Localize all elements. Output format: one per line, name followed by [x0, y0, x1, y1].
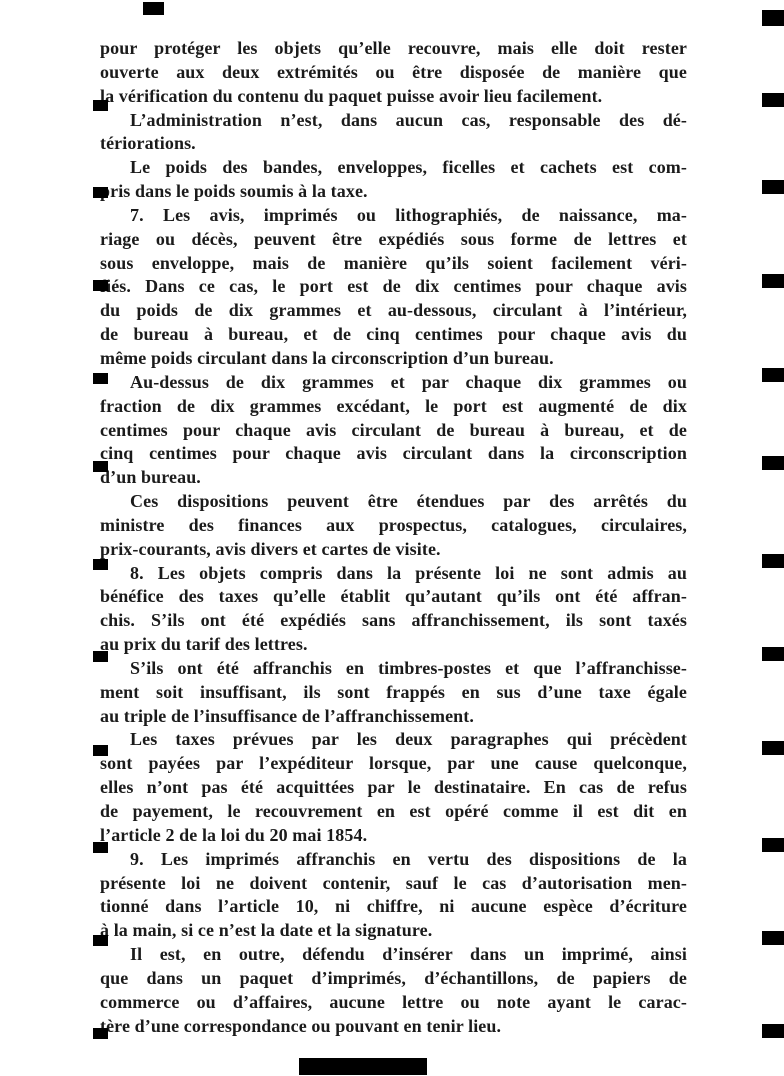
text-line: sous enveloppe, mais de manière qu’ils s…	[100, 252, 687, 276]
text-line: à la main, si ce n’est la date et la sig…	[100, 919, 687, 943]
text-line: S’ils ont été affranchis en timbres-post…	[100, 657, 687, 681]
text-line: l’article 2 de la loi du 20 mai 1854.	[100, 824, 687, 848]
text-line: 9. Les imprimés affranchis en vertu des …	[100, 848, 687, 872]
text-line: chis. S’ils ont été expédiés sans affran…	[100, 609, 687, 633]
text-line: fiés. Dans ce cas, le port est de dix ce…	[100, 275, 687, 299]
text-column: pour protéger les objets qu’elle recouvr…	[100, 37, 687, 1038]
text-line: ment soit insuffisant, ils sont frappés …	[100, 681, 687, 705]
text-line: tériorations.	[100, 132, 687, 156]
text-line: tionné dans l’article 10, ni chiffre, ni…	[100, 895, 687, 919]
scan-mark-right	[762, 554, 784, 568]
text-line: tère d’une correspondance ou pouvant en …	[100, 1015, 687, 1039]
scan-mark-right	[762, 1024, 784, 1038]
text-line: Les taxes prévues par les deux paragraph…	[100, 728, 687, 752]
scan-mark-left	[93, 559, 108, 570]
scan-mark-left	[93, 842, 108, 853]
text-line: elles n’ont pas été acquittées par le de…	[100, 776, 687, 800]
text-line: sont payées par l’expéditeur lorsque, pa…	[100, 752, 687, 776]
text-line: même poids circulant dans la circonscrip…	[100, 347, 687, 371]
scan-mark-left	[93, 745, 108, 756]
text-line: pour protéger les objets qu’elle recouvr…	[100, 37, 687, 61]
text-line: de bureau à bureau, et de cinq centimes …	[100, 323, 687, 347]
scan-mark-right	[762, 931, 784, 945]
scan-mark-left	[93, 373, 108, 384]
scan-mark-right	[762, 838, 784, 852]
scan-mark-right	[762, 456, 784, 470]
text-line: 8. Les objets compris dans la présente l…	[100, 562, 687, 586]
scan-mark-left	[93, 461, 108, 472]
text-line: prix-courants, avis divers et cartes de …	[100, 538, 687, 562]
text-line: d’un bureau.	[100, 466, 687, 490]
text-line: du poids de dix grammes et au-dessous, c…	[100, 299, 687, 323]
text-line: cinq centimes pour chaque avis circulant…	[100, 442, 687, 466]
scan-mark-top-left	[143, 2, 164, 15]
scan-mark-right	[762, 274, 784, 288]
text-line: centimes pour chaque avis circulant de b…	[100, 419, 687, 443]
text-line: Le poids des bandes, enveloppes, ficelle…	[100, 156, 687, 180]
scan-mark-left	[93, 935, 108, 946]
text-line: Ces dispositions peuvent être étendues p…	[100, 490, 687, 514]
scanned-document-page: pour protéger les objets qu’elle recouvr…	[0, 0, 784, 1076]
text-line: de payement, le recouvrement en est opér…	[100, 800, 687, 824]
text-line: bénéfice des taxes qu’elle établit qu’au…	[100, 585, 687, 609]
text-line: au prix du tarif des lettres.	[100, 633, 687, 657]
text-line: que dans un paquet d’imprimés, d’échanti…	[100, 967, 687, 991]
scan-mark-right	[762, 647, 784, 661]
text-line: commerce ou d’affaires, aucune lettre ou…	[100, 991, 687, 1015]
text-line: Il est, en outre, défendu d’insérer dans…	[100, 943, 687, 967]
text-line: la vérification du contenu du paquet pui…	[100, 85, 687, 109]
scan-mark-right	[762, 741, 784, 755]
text-line: Au-dessus de dix grammes et par chaque d…	[100, 371, 687, 395]
text-line: fraction de dix grammes excédant, le por…	[100, 395, 687, 419]
text-line: pris dans le poids soumis à la taxe.	[100, 180, 687, 204]
scan-mark-right	[762, 93, 784, 107]
scan-mark-left	[93, 280, 108, 291]
scan-mark-left	[93, 187, 108, 198]
scan-mark-left	[93, 651, 108, 662]
text-line: au triple de l’insuffisance de l’affranc…	[100, 705, 687, 729]
scan-mark-left	[93, 100, 108, 111]
scan-mark-left	[93, 1028, 108, 1039]
scan-mark-right	[762, 368, 784, 382]
scan-mark-right	[762, 10, 784, 26]
text-line: L’administration n’est, dans aucun cas, …	[100, 109, 687, 133]
text-line: présente loi ne doivent contenir, sauf l…	[100, 872, 687, 896]
scan-mark-bottom-bar	[299, 1058, 427, 1075]
scan-mark-right	[762, 180, 784, 194]
text-line: 7. Les avis, imprimés ou lithographiés, …	[100, 204, 687, 228]
text-line: ouverte aux deux extrémités ou être disp…	[100, 61, 687, 85]
text-line: riage ou décès, peuvent être expédiés so…	[100, 228, 687, 252]
text-line: ministre des finances aux prospectus, ca…	[100, 514, 687, 538]
